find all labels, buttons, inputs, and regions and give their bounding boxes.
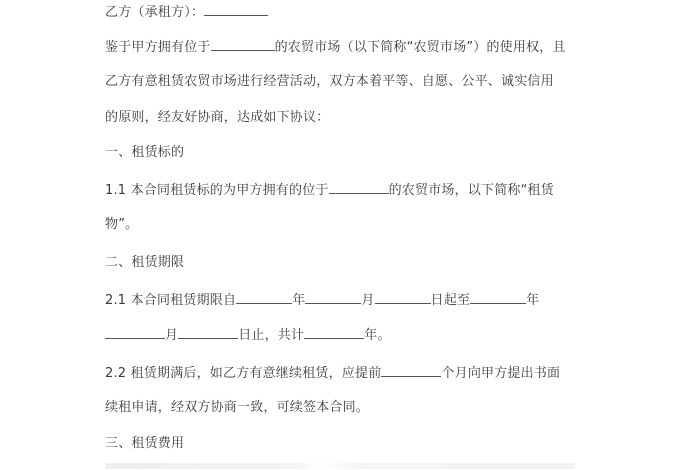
preamble-line-1: 鉴于甲方拥有位于的农贸市场（以下简称“农贸市场”）的使用权，且 (105, 37, 566, 57)
location-blank (211, 37, 275, 51)
party-b-line: 乙方（承租方）： (105, 2, 268, 22)
clause-2-2-line-1: 2.2 租赁期满后，如乙方有意继续租赁，应提前个月向甲方提出书面 (105, 363, 560, 383)
preamble-1-suffix: 的农贸市场（以下简称“农贸市场”）的使用权，且 (275, 40, 566, 55)
clause-2-2-line-2: 续租申请，经双方协商一致，可续签本合同。 (105, 399, 369, 417)
day-label-2: 日止，共计 (238, 328, 304, 343)
end-month-blank (105, 325, 165, 339)
years-label: 年。 (364, 328, 390, 343)
clause-2-2-cont: 续租申请，经双方协商一致，可续签本合同。 (105, 400, 369, 415)
month-label-1: 月 (361, 293, 374, 308)
year-label-1: 年 (292, 293, 305, 308)
clause-1-1-line-2: 物”。 (105, 216, 138, 234)
end-day-blank (178, 325, 238, 339)
preamble-1-prefix: 鉴于甲方拥有位于 (105, 40, 211, 55)
cut-off-text-line (105, 463, 575, 469)
clause-1-1-location-blank (329, 180, 389, 194)
section-3-title-text: 三、租赁费用 (105, 436, 184, 451)
clause-2-1-line-2: 月日止，共计年。 (105, 325, 391, 345)
party-b-label: 乙方（承租方）： (105, 5, 204, 20)
party-b-blank (204, 2, 268, 16)
clause-2-1-line-1: 2.1 本合同租赁期限自年月日起至年 (105, 290, 539, 310)
section-1-title-text: 一、租赁标的 (105, 145, 184, 160)
section-2-title-text: 二、租赁期限 (105, 255, 184, 270)
clause-1-1-cont: 物”。 (105, 217, 138, 232)
section-3-title: 三、租赁费用 (105, 435, 184, 453)
start-month-blank (305, 290, 361, 304)
notice-months-blank (381, 363, 441, 377)
clause-1-1-line-1: 1.1 本合同租赁标的为甲方拥有的位于的农贸市场，以下简称“租赁 (105, 180, 554, 200)
preamble-2-text: 乙方有意租赁农贸市场进行经营活动，双方本着平等、自愿、公平、诚实信用 (105, 74, 554, 89)
clause-2-1-prefix: 2.1 本合同租赁期限自 (105, 293, 236, 308)
month-label-2: 月 (165, 328, 178, 343)
clause-2-2-suffix: 个月向甲方提出书面 (441, 366, 560, 381)
section-1-title: 一、租赁标的 (105, 144, 184, 162)
year-label-2: 年 (526, 293, 539, 308)
preamble-line-2: 乙方有意租赁农贸市场进行经营活动，双方本着平等、自愿、公平、诚实信用 (105, 73, 554, 91)
section-2-title: 二、租赁期限 (105, 254, 184, 272)
day-label-1: 日起至 (431, 293, 471, 308)
clause-1-1-prefix: 1.1 本合同租赁标的为甲方拥有的位于 (105, 183, 329, 198)
end-year-blank (470, 290, 526, 304)
clause-2-2-prefix: 2.2 租赁期满后，如乙方有意继续租赁，应提前 (105, 366, 381, 381)
start-year-blank (236, 290, 292, 304)
document-page: 乙方（承租方）： 鉴于甲方拥有位于的农贸市场（以下简称“农贸市场”）的使用权，且… (0, 0, 700, 470)
preamble-line-3: 的原则，经友好协商，达成如下协议： (105, 109, 329, 127)
total-years-blank (304, 325, 364, 339)
preamble-3-text: 的原则，经友好协商，达成如下协议： (105, 110, 329, 125)
start-day-blank (375, 290, 431, 304)
clause-1-1-suffix: 的农贸市场，以下简称“租赁 (389, 183, 554, 198)
